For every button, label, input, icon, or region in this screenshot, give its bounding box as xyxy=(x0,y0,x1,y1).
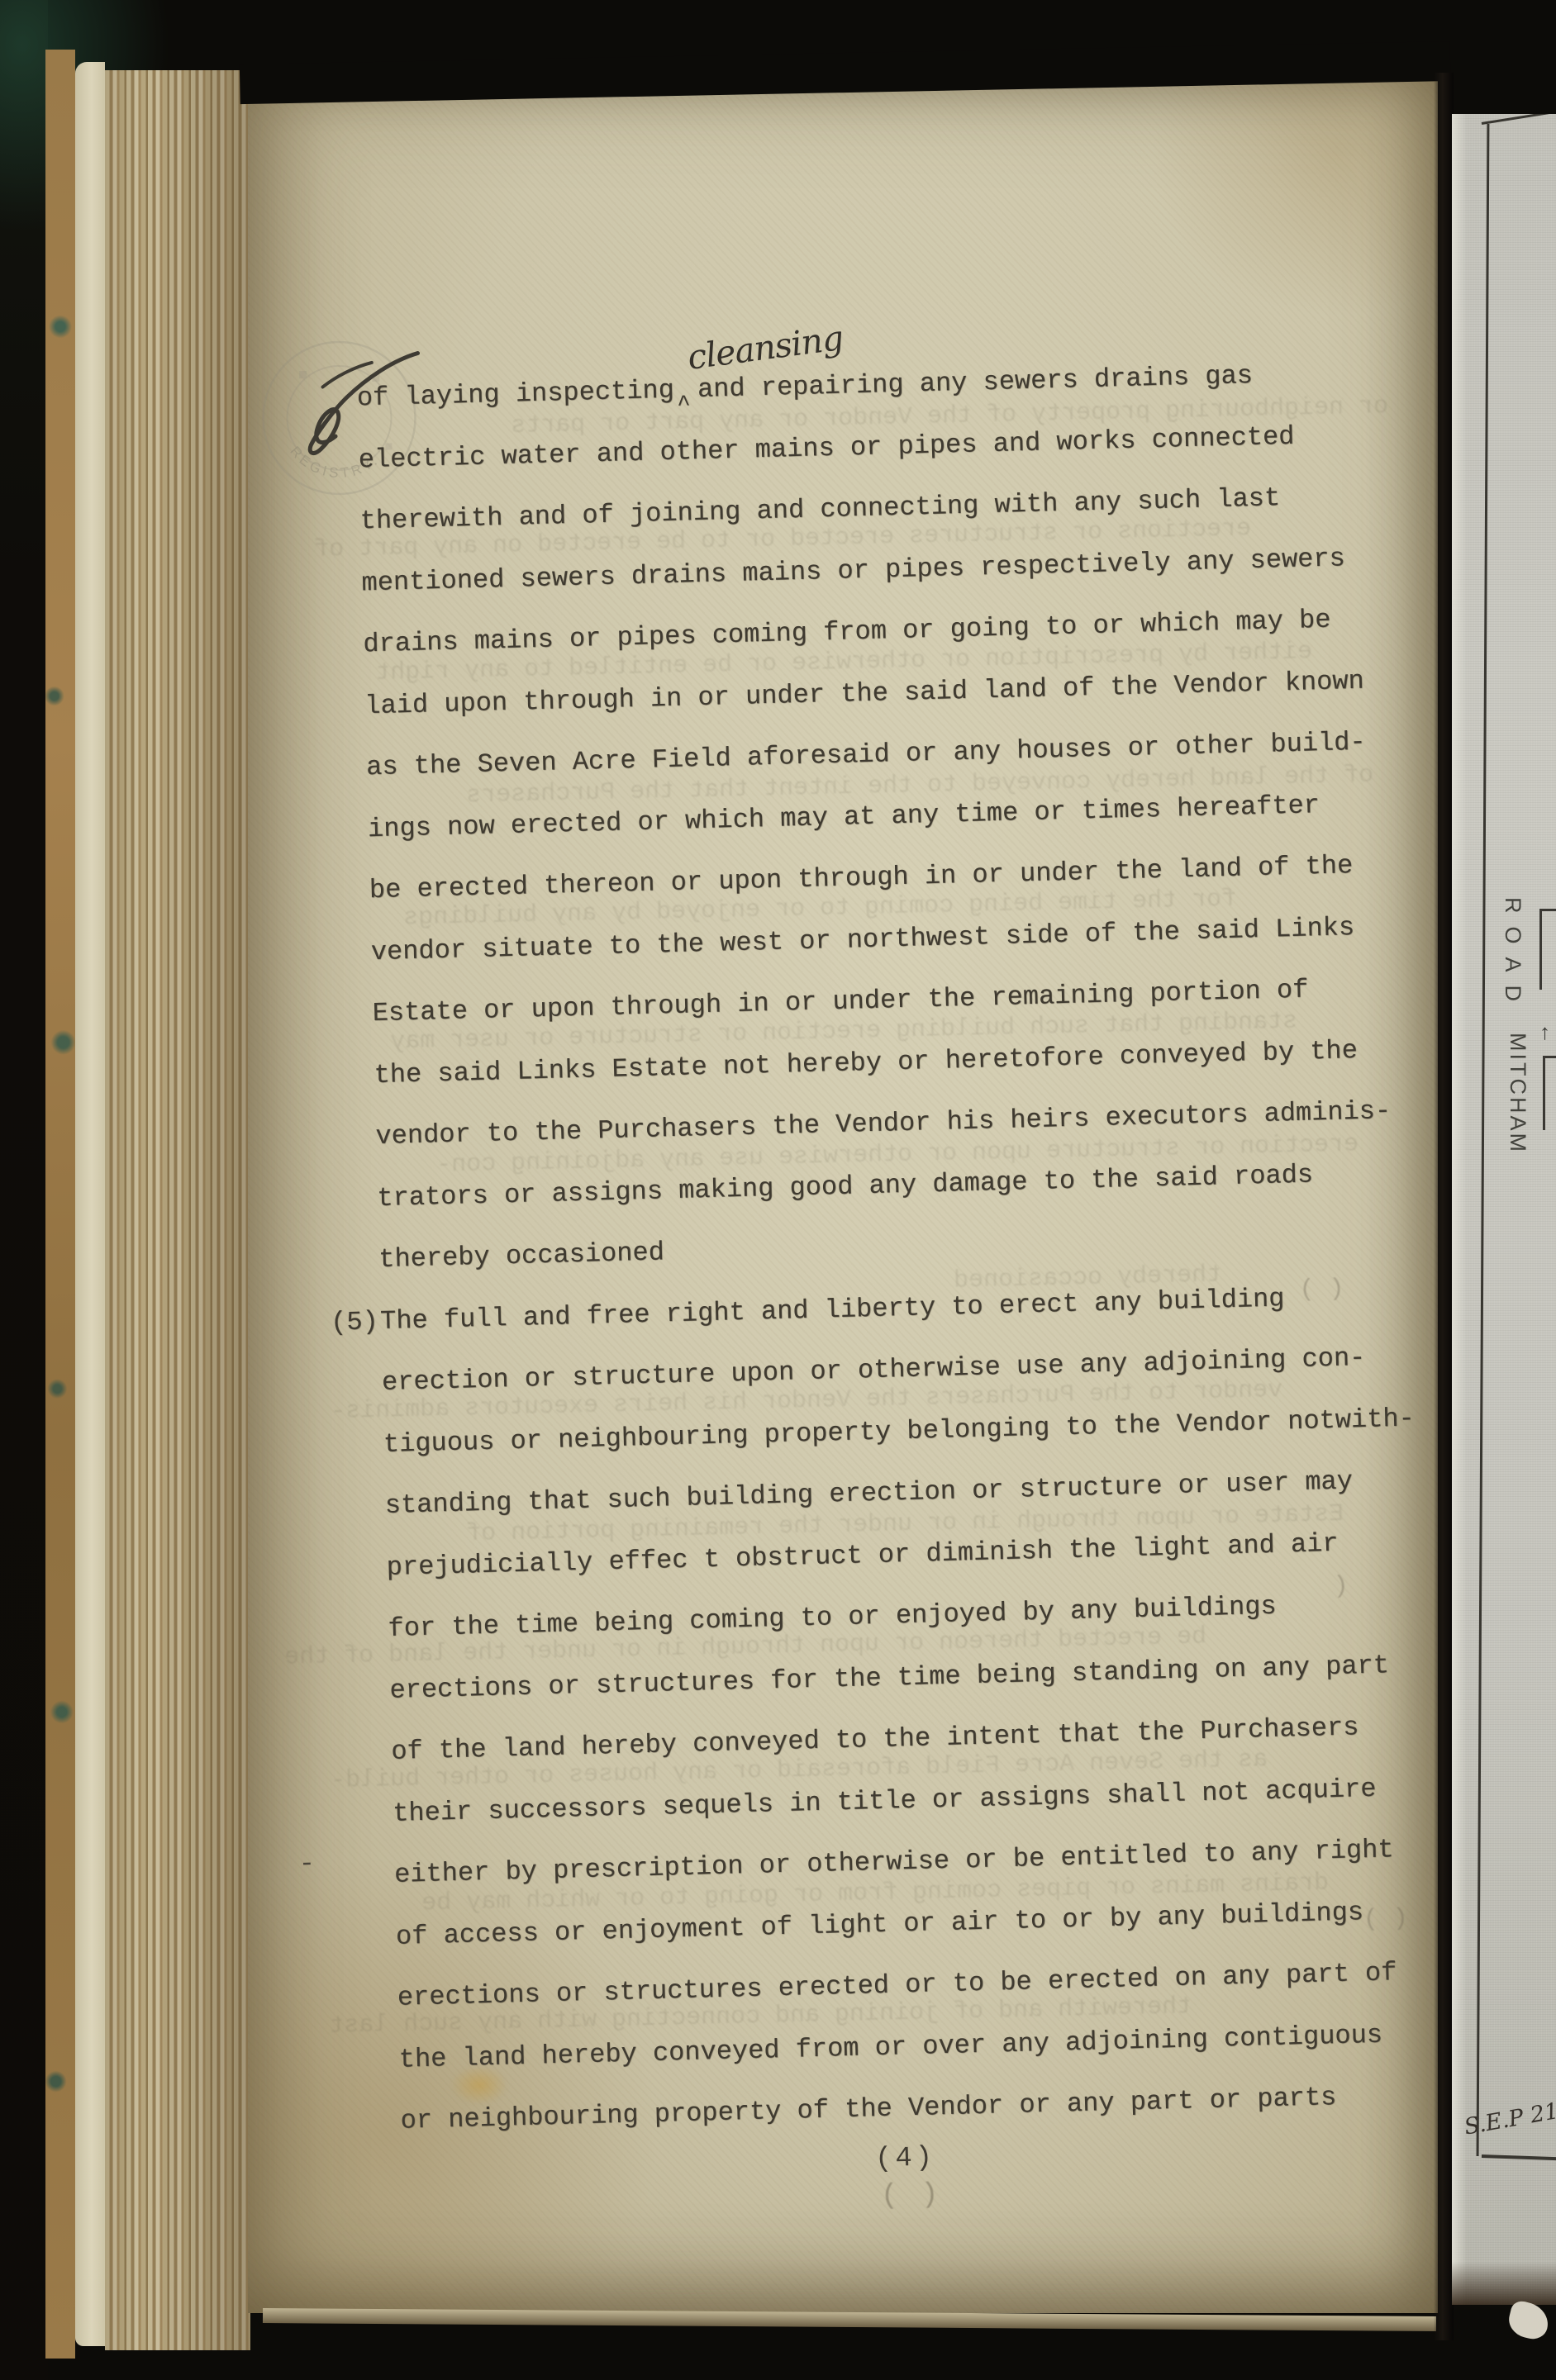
typed-line-text: of access or enjoyment of light or air t… xyxy=(396,1897,1364,1952)
typed-line-text: Estate or upon through in or under the r… xyxy=(372,975,1309,1029)
typed-line-text: ings now erected or which may at any tim… xyxy=(368,790,1320,844)
clause-number: (5) xyxy=(330,1291,378,1354)
map-frame-line xyxy=(1482,2154,1556,2160)
map-bracket xyxy=(1543,1056,1545,1130)
typed-line-text: vendor to the Purchasers the Vendor his … xyxy=(375,1095,1392,1152)
typed-line-text: The full and free right and liberty to e… xyxy=(380,1283,1285,1337)
map-frame-line xyxy=(1482,114,1556,125)
typed-line-text: or neighbouring property of the Vendor o… xyxy=(400,2082,1337,2136)
adjacent-map-page: ROAD MITCHAM ↑ S.E.P 21/11/27 xyxy=(1452,114,1556,2305)
margin-mark: - xyxy=(298,1848,315,1879)
map-bracket xyxy=(1539,909,1542,990)
page-stack-edges xyxy=(105,70,250,2350)
typed-line-text: their successors sequels in title or ass… xyxy=(393,1773,1377,1828)
typed-line-text: and repairing any sewers drains gas xyxy=(697,360,1254,405)
gutter-shadow xyxy=(1434,73,1454,2340)
typed-line-text: drains mains or pipes coming from or goi… xyxy=(363,605,1331,660)
typed-line-text: mentioned sewers drains mains or pipes r… xyxy=(361,543,1345,598)
typed-line-text: tiguous or neighbouring property belongi… xyxy=(383,1403,1415,1460)
page-number: (4) xyxy=(875,2142,936,2175)
typed-line-text: be erected thereon or upon through in or… xyxy=(369,850,1353,905)
typed-line-text: of laying inspecting xyxy=(356,375,674,414)
typed-line-text: erections or structures for the time bei… xyxy=(389,1650,1389,1706)
typed-line-text: laid upon through in or under the said l… xyxy=(364,665,1364,721)
map-road-label: MITCHAM xyxy=(1505,1033,1530,1154)
typed-line-text: either by prescription or otherwise or b… xyxy=(394,1834,1394,1890)
page-content: REGISTRY. cleansing of laying inspecting… xyxy=(248,78,1438,2313)
typed-line-text: therewith and of joining and connecting … xyxy=(359,482,1280,536)
typed-line-text: the said Links Estate not hereby or here… xyxy=(374,1035,1358,1090)
map-bracket xyxy=(1539,909,1556,911)
map-road-label: ROAD xyxy=(1500,897,1525,1014)
bleedthrough-mark: ) xyxy=(1333,1573,1349,1601)
bleedthrough-mark: ( ) xyxy=(1299,1276,1344,1304)
typed-line-text: thereby occasioned xyxy=(378,1237,664,1275)
page-edge-sliver xyxy=(75,62,105,2346)
typed-line-text: trators or assigns making good any damag… xyxy=(377,1159,1314,1214)
typed-line-text: standing that such building erection or … xyxy=(384,1466,1353,1521)
ghost-page-number: ( ) xyxy=(881,2179,942,2212)
typed-line-text: electric water and other mains or pipes … xyxy=(358,420,1295,475)
book-cover-edge xyxy=(0,0,48,2380)
typed-line-text: the land hereby conveyed from or over an… xyxy=(398,2019,1382,2074)
map-arrow-icon: ↑ xyxy=(1539,1019,1550,1045)
typed-line-text: vendor situate to the west or northwest … xyxy=(370,912,1354,967)
typed-line-text: erection or structure upon or otherwise … xyxy=(382,1342,1366,1398)
marbled-endpaper-edge xyxy=(45,50,75,2359)
typed-line-text: erections or structures erected or to be… xyxy=(397,1957,1397,2013)
map-frame-line xyxy=(1477,124,1490,2156)
map-page-bottom-shadow xyxy=(1452,2262,1556,2305)
photographed-deed-book: or neighbouring property of the Vendor o… xyxy=(0,0,1556,2380)
typed-line-text: of the land hereby conveyed to the inten… xyxy=(391,1712,1359,1767)
bleedthrough-mark: ( ) xyxy=(1363,1905,1408,1934)
typed-line-text: as the Seven Acre Field aforesaid or any… xyxy=(366,727,1366,783)
typed-line-text: for the time being coming to or enjoyed … xyxy=(388,1591,1277,1644)
deed-page: or neighbouring property of the Vendor o… xyxy=(248,78,1438,2313)
typed-text-block: of laying inspecting^and repairing any s… xyxy=(356,342,1432,2152)
typed-line-text: prejudicially effec t obstruct or dimini… xyxy=(386,1527,1339,1582)
torn-paper-fragment xyxy=(1506,2299,1553,2342)
